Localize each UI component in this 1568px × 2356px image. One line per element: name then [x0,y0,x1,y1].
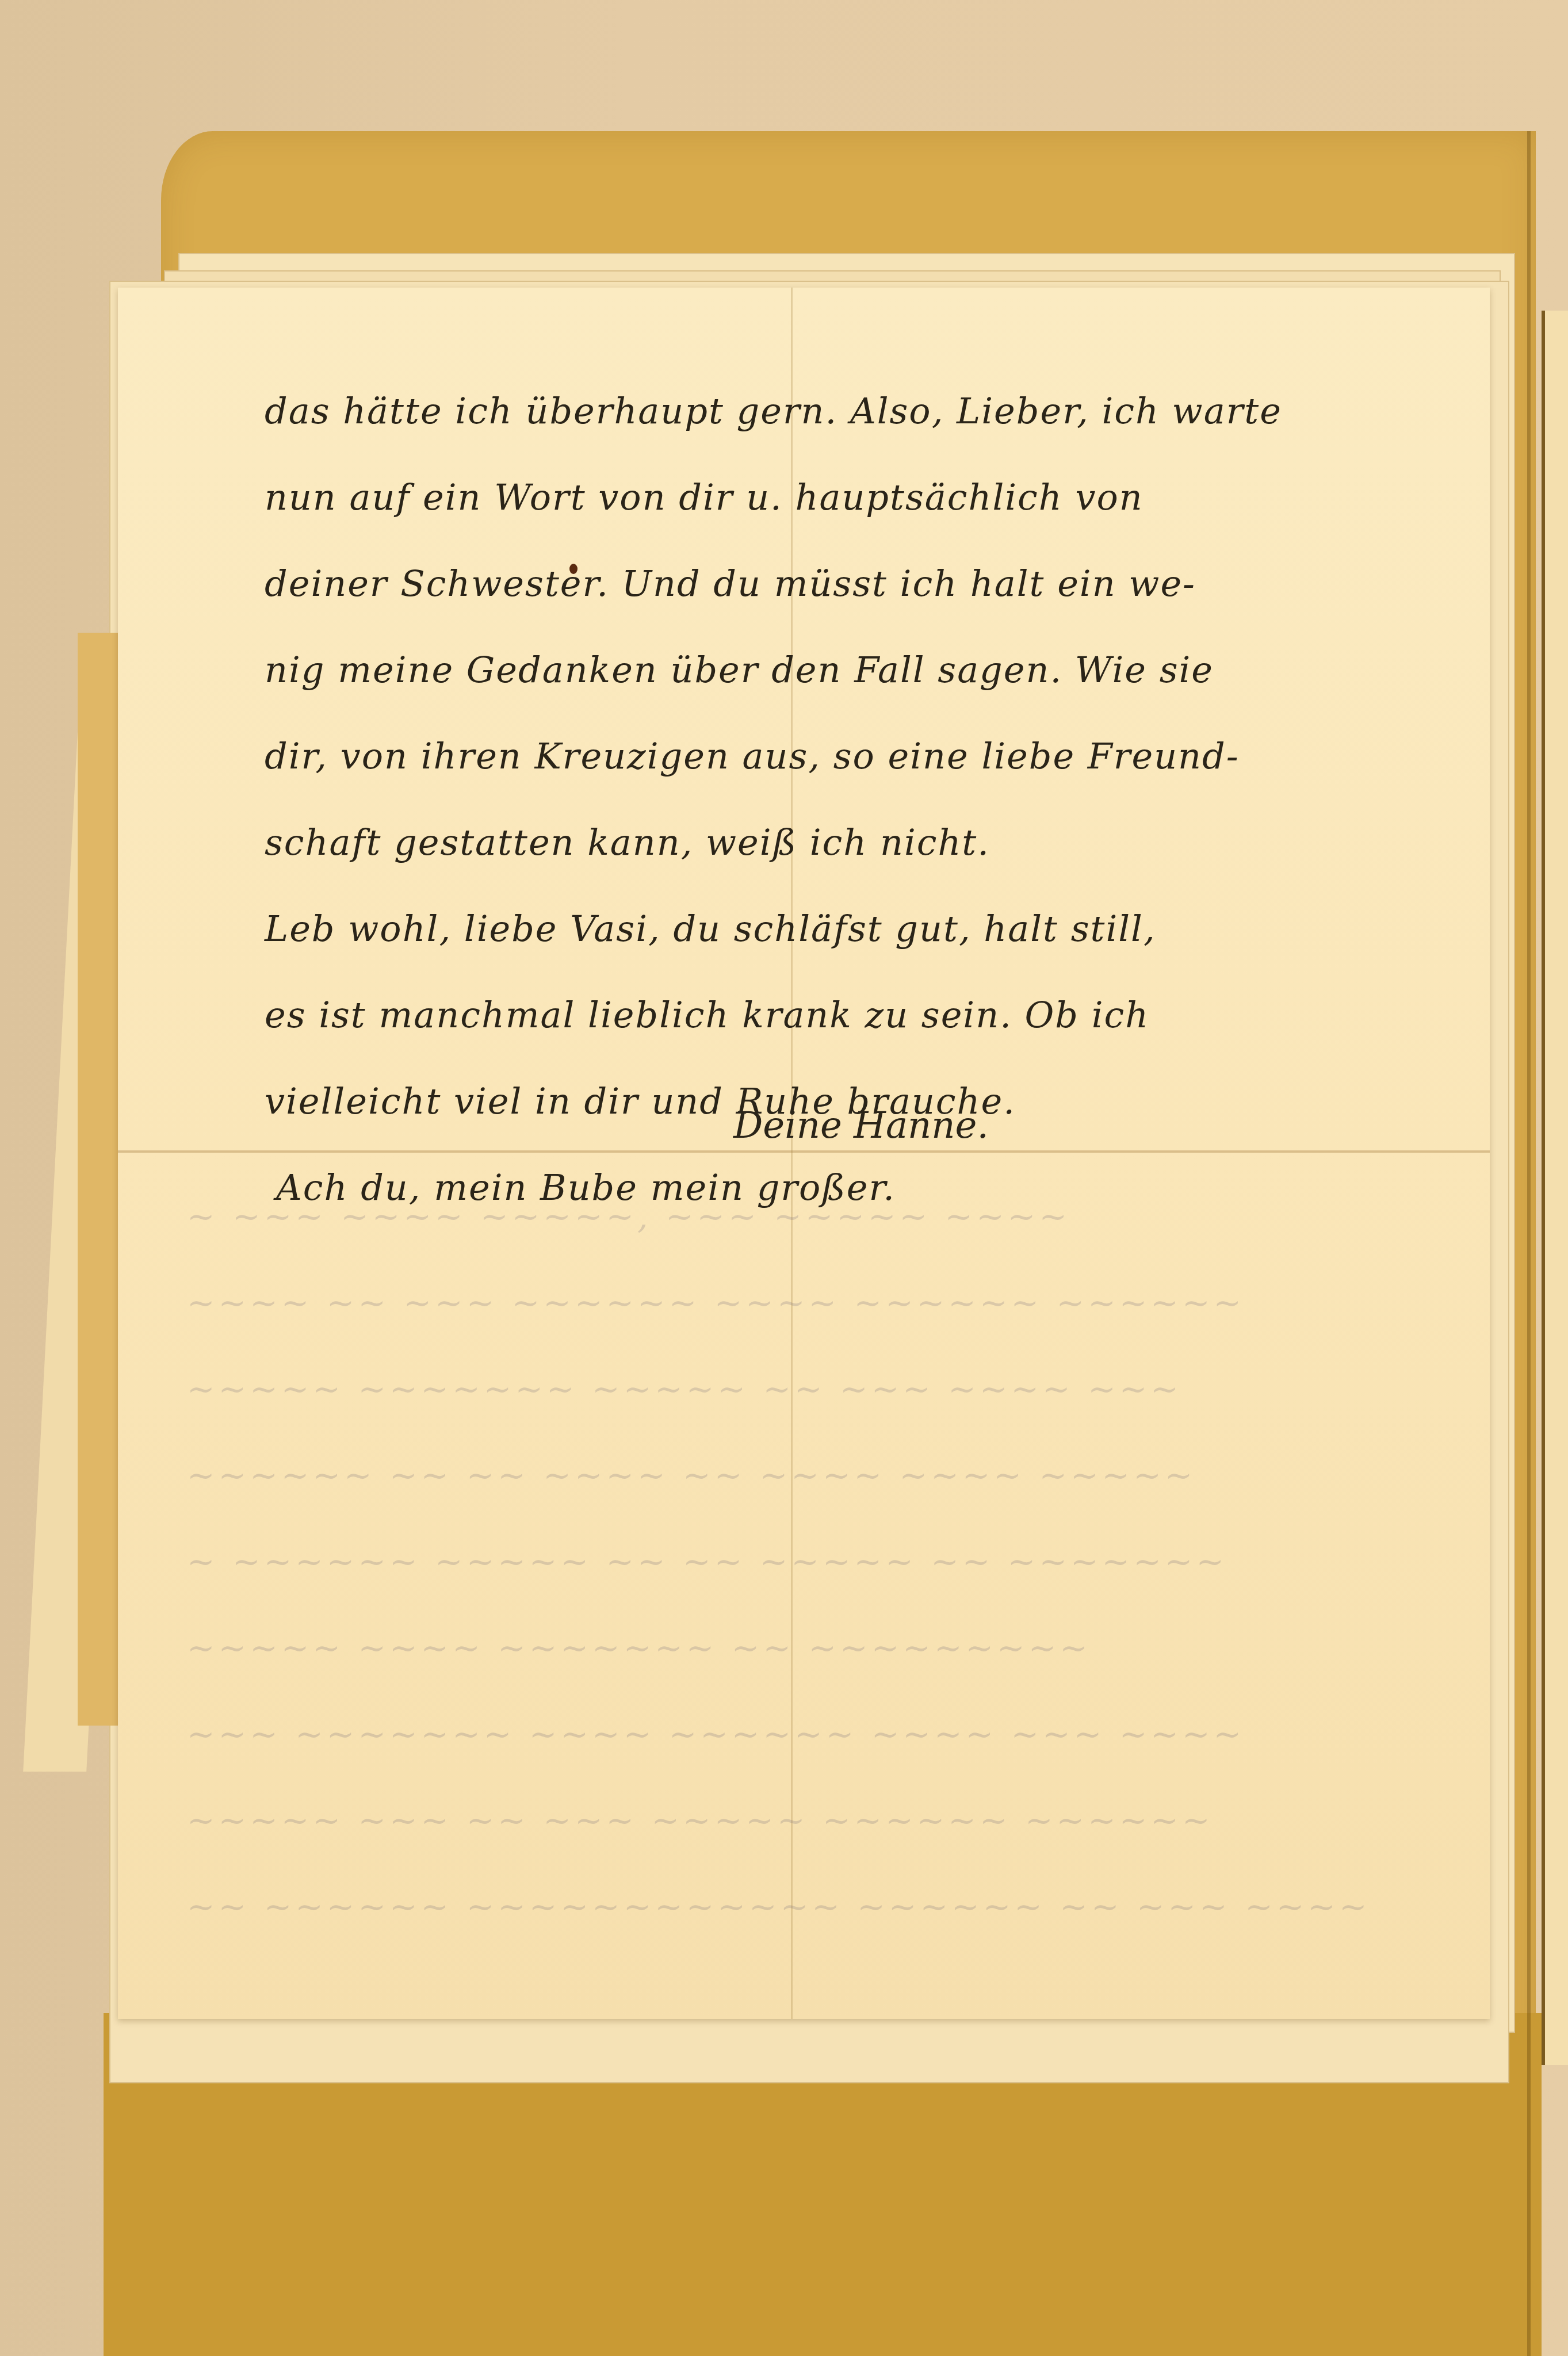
letter-line: Leb wohl, liebe Vasi, du schläfst gut, h… [265,886,1415,972]
letter-line: dir, von ihren Kreuzigen aus, so eine li… [265,713,1415,800]
folder-fold-line [1527,131,1531,2356]
letter-line: deiner Schwester. Und du müsst ich halt … [265,541,1415,627]
letter-line: nun auf ein Wort von dir u. hauptsächlic… [265,454,1415,541]
letter-line: es ist manchmal lieblich krank zu sein. … [265,972,1415,1058]
letter-line: nig meine Gedanken über den Fall sagen. … [265,627,1415,713]
letter-line: schaft gestatten kann, weiß ich nicht. [265,800,1415,886]
adjacent-sheet-edge [1542,311,1568,2065]
letter-closing-line: Ach du, mein Bube mein großer. [265,1145,1415,1231]
reverse-side-show-through: ~ ~~~ ~~~~ ~~~~~, ~~~ ~~~~~ ~~~~ ~~~~ ~~… [187,1173,1452,1950]
signature: Deine Hanne. [733,1104,989,1147]
letter-line: das hätte ich überhaupt gern. Also, Lieb… [265,368,1415,454]
letter-body: das hätte ich überhaupt gern. Also, Lieb… [265,368,1415,1231]
letter-page: ~ ~~~ ~~~~ ~~~~~, ~~~ ~~~~~ ~~~~ ~~~~ ~~… [118,288,1490,2019]
